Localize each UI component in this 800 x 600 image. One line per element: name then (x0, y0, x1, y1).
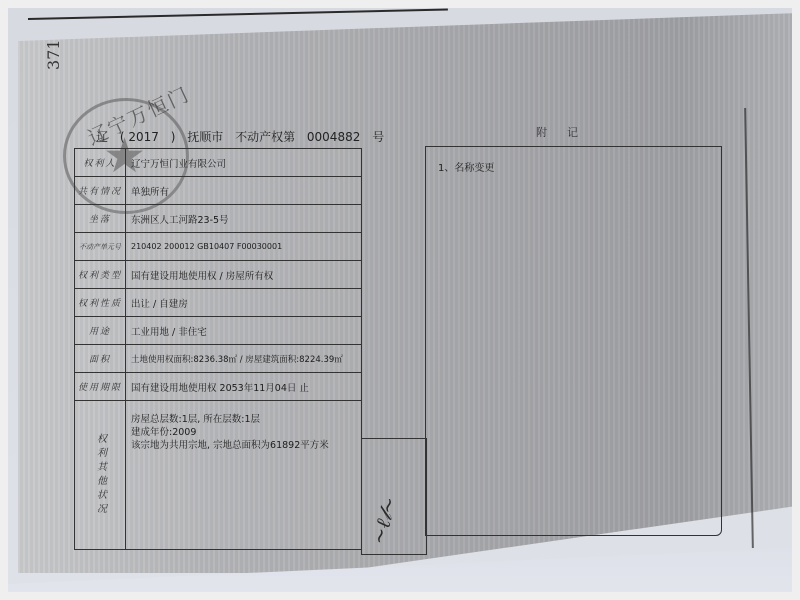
row-label: 不动产单元号 (75, 233, 126, 260)
page-number: 371 (44, 39, 63, 70)
table-row: 面积土地使用权面积:8236.38㎡ / 房屋建筑面积:8224.39㎡ (75, 345, 361, 373)
table-row: 不动产单元号210402 200012 GB10407 F00030001 (75, 233, 361, 261)
row-label: 权利其他状况 (75, 401, 126, 549)
header-suffix: 号 (372, 130, 384, 144)
row-value: 工业用地 / 非住宅 (126, 317, 207, 344)
row-value: 国有建设用地使用权 2053年11月04日 止 (126, 373, 309, 400)
property-table: 权利人辽宁万恒门业有限公司 共有情况单独所有 坐落东洲区人工河路23-5号 不动… (74, 148, 362, 550)
row-label: 权利性质 (75, 289, 126, 316)
table-row: 权利类型国有建设用地使用权 / 房屋所有权 (75, 261, 361, 289)
table-row: 用途工业用地 / 非住宅 (75, 317, 361, 345)
row-label: 使用期限 (75, 373, 126, 400)
row-value: 土地使用权面积:8236.38㎡ / 房屋建筑面积:8224.39㎡ (126, 345, 343, 372)
header-cert-label: 不动产权第 (235, 130, 295, 144)
row-value: 出让 / 自建房 (126, 289, 188, 316)
table-row-other-conditions: 权利其他状况 房屋总层数:1层, 所在层数:1层 建成年份:2009 该宗地为共… (75, 401, 361, 549)
header-city: 抚顺市 (187, 130, 223, 144)
row-value: 单独所有 (126, 177, 169, 204)
header-cert-number: 0004882 (307, 130, 360, 144)
row-label: 权利类型 (75, 261, 126, 288)
annex-box: 1、名称变更 (425, 146, 722, 536)
header-year: ( 2017 ) (120, 130, 176, 144)
annex-title: 附记 (536, 124, 598, 140)
row-value: 国有建设用地使用权 / 房屋所有权 (126, 261, 273, 288)
year-value: 2017 (128, 130, 159, 144)
row-value: 辽宁万恒门业有限公司 (126, 149, 226, 176)
row-value: 210402 200012 GB10407 F00030001 (126, 233, 282, 260)
document-photo: 371 辽宁万恒门 ★ 辽 ( 2017 ) 抚顺市 不动产权第 0004882… (8, 8, 792, 592)
row-value: 房屋总层数:1层, 所在层数:1层 建成年份:2009 该宗地为共用宗地, 宗地… (126, 401, 329, 549)
row-label: 用途 (75, 317, 126, 344)
row-label: 权利人 (75, 149, 126, 176)
row-label: 面积 (75, 345, 126, 372)
table-row: 权利人辽宁万恒门业有限公司 (75, 149, 361, 177)
table-row: 权利性质出让 / 自建房 (75, 289, 361, 317)
other-line: 房屋总层数:1层, 所在层数:1层 (131, 413, 260, 426)
other-line: 该宗地为共用宗地, 宗地总面积为61892平方米 (131, 439, 329, 452)
table-row: 共有情况单独所有 (75, 177, 361, 205)
certificate-header: 辽 ( 2017 ) 抚顺市 不动产权第 0004882 号 (96, 128, 392, 145)
header-prefix: 辽 (96, 130, 108, 144)
table-row: 使用期限国有建设用地使用权 2053年11月04日 止 (75, 373, 361, 401)
table-row: 坐落东洲区人工河路23-5号 (75, 205, 361, 233)
page-edge-line (28, 8, 448, 20)
row-value: 东洲区人工河路23-5号 (126, 205, 229, 232)
row-label: 坐落 (75, 205, 126, 232)
annex-entry: 1、名称变更 (438, 159, 494, 174)
other-line: 建成年份:2009 (131, 426, 196, 439)
row-label: 共有情况 (75, 177, 126, 204)
